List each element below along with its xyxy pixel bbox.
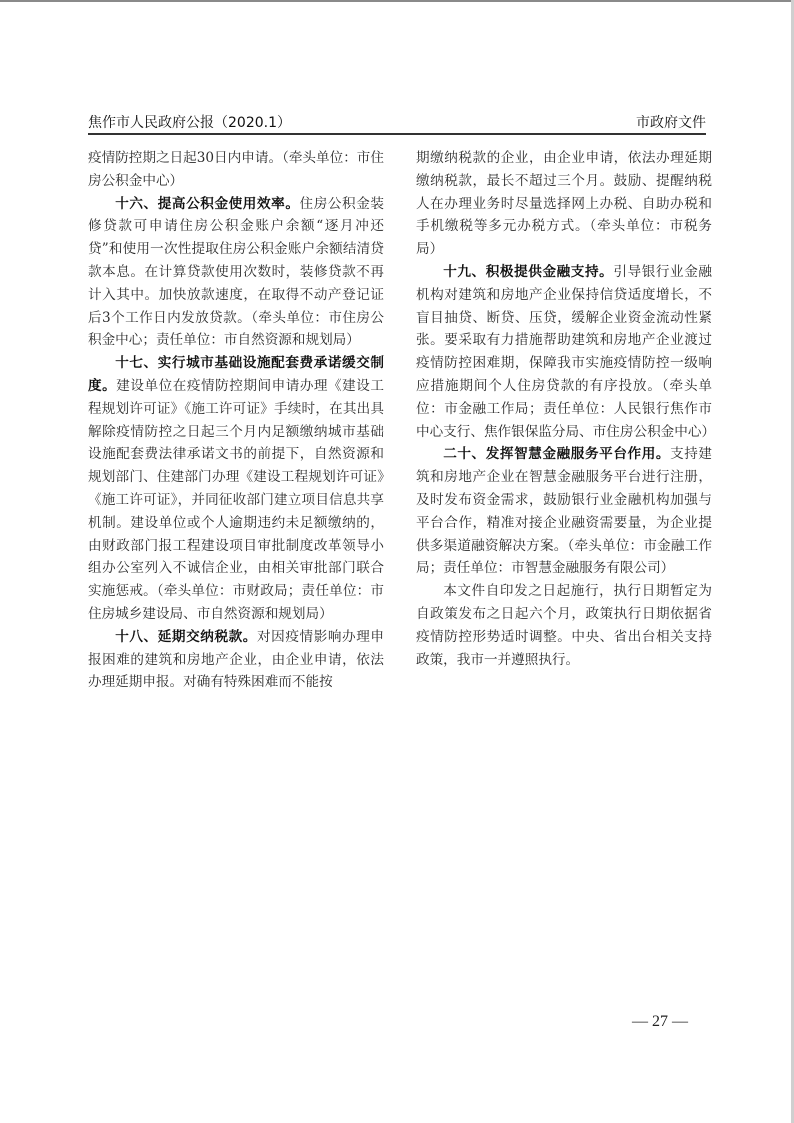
item-text: 支持建筑和房地产企业在智慧金融服务平台进行注册，及时发布资金需求，鼓励银行业金融… [416, 446, 712, 576]
item-16: 十六、提高公积金使用效率。住房公积金装修贷款可申请住房公积金账户余额“逐月冲还贷… [88, 193, 384, 353]
item-17: 十七、实行城市基础设施配套费承诺缓交制度。建设单位在疫情防控期间申请办理《建设工… [88, 352, 384, 626]
header-divider [88, 133, 706, 135]
right-column: 期缴纳税款的企业，由企业申请，依法办理延期缴纳税款，最长不超过三个月。鼓励、提醒… [416, 147, 712, 671]
journal-title: 焦作市人民政府公报（2020.1） [88, 112, 291, 132]
page-top-edge [0, 0, 794, 2]
paragraph-text: 疫情防控期之日起30日内申请。（牵头单位：市住房公积金中心） [88, 150, 384, 189]
paragraph-text: 期缴纳税款的企业，由企业申请，依法办理延期缴纳税款，最长不超过三个月。鼓励、提醒… [416, 150, 712, 257]
item-heading: 十九、积极提供金融支持。 [443, 264, 613, 280]
closing-paragraph: 本文件自印发之日起施行，执行日期暂定为自政策发布之日起六个月，政策执行日期依据省… [416, 580, 712, 671]
item-heading: 十六、提高公积金使用效率。 [115, 196, 299, 212]
page-number: — 27 — [620, 1013, 700, 1031]
item-19: 十九、积极提供金融支持。引导银行业金融机构对建筑和房地产企业保持信贷适度增长，不… [416, 261, 712, 443]
item-text: 引导银行业金融机构对建筑和房地产企业保持信贷适度增长，不盲目抽贷、断贷、压贷，缓… [416, 264, 715, 440]
item-heading: 十八、延期交纳税款。 [115, 629, 257, 645]
item-text: 建设单位在疫情防控期间申请办理《建设工程规划许可证》《施工许可证》手续时，在其出… [88, 378, 384, 622]
item-heading: 二十、发挥智慧金融服务平台作用。 [443, 446, 670, 462]
section-title: 市政府文件 [636, 112, 706, 132]
continuation-paragraph: 期缴纳税款的企业，由企业申请，依法办理延期缴纳税款，最长不超过三个月。鼓励、提醒… [416, 147, 712, 261]
running-header: 焦作市人民政府公报（2020.1） 市政府文件 [88, 112, 706, 134]
item-20: 二十、发挥智慧金融服务平台作用。支持建筑和房地产企业在智慧金融服务平台进行注册，… [416, 443, 712, 580]
continuation-paragraph: 疫情防控期之日起30日内申请。（牵头单位：市住房公积金中心） [88, 147, 384, 193]
item-text: 住房公积金装修贷款可申请住房公积金账户余额“逐月冲还贷”和使用一次性提取住房公积… [88, 196, 384, 349]
item-text: 本文件自印发之日起施行，执行日期暂定为自政策发布之日起六个月，政策执行日期依据省… [416, 583, 712, 667]
left-column: 疫情防控期之日起30日内申请。（牵头单位：市住房公积金中心） 十六、提高公积金使… [88, 147, 384, 694]
item-18: 十八、延期交纳税款。对因疫情影响办理申报困难的建筑和房地产企业，由企业申请，依法… [88, 626, 384, 694]
